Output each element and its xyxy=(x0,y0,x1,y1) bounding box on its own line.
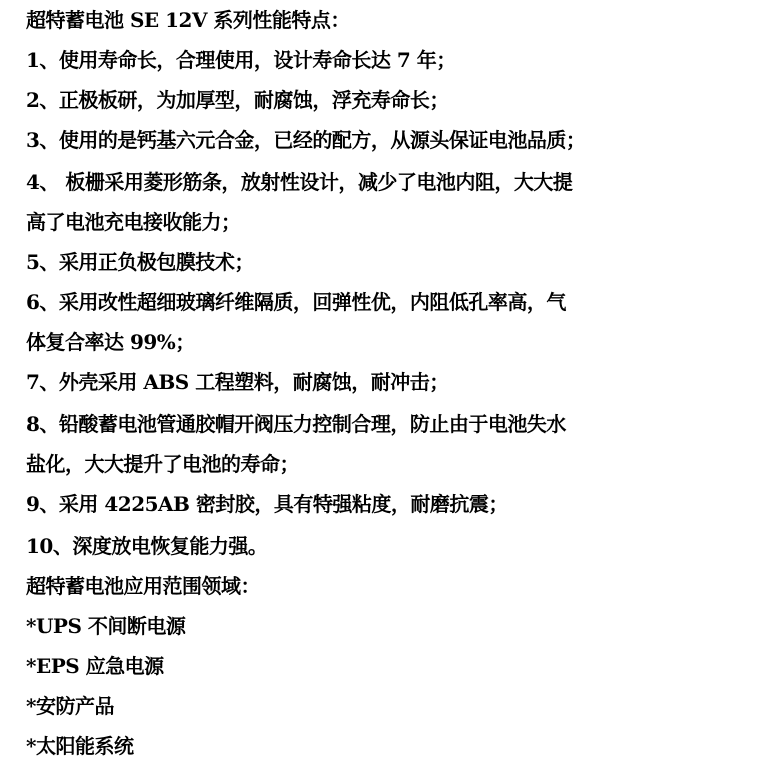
feature-item-7: 7、外壳采用 ABS 工程塑料，耐腐蚀，耐冲击； xyxy=(26,362,449,402)
feature-item-9: 9、采用 4225AB 密封胶，具有特强粘度，耐磨抗震； xyxy=(26,484,508,524)
application-item-solar: *太阳能系统 xyxy=(26,726,133,766)
feature-item-8-cont: 盐化，大大提升了电池的寿命； xyxy=(26,444,299,484)
feature-item-3: 3、使用的是钙基六元合金，已经的配方，从源头保证电池品质； xyxy=(26,120,585,160)
feature-item-2: 2、正极板研，为加厚型，耐腐蚀，浮充寿命长； xyxy=(26,80,449,120)
feature-item-1: 1、使用寿命长，合理使用，设计寿命长达 7 年； xyxy=(26,40,456,80)
application-item-ups: *UPS 不间断电源 xyxy=(26,606,185,646)
feature-item-6: 6、采用改性超细玻璃纤维隔质，回弹性优，内阻低孔率高，气 xyxy=(26,282,566,322)
features-heading: 超特蓄电池 SE 12V 系列性能特点： xyxy=(26,0,350,40)
feature-item-8: 8、铅酸蓄电池管通胶帽开阀压力控制合理，防止由于电池失水 xyxy=(26,404,566,444)
feature-item-4: 4、 板栅采用菱形筋条，放射性设计，减少了电池内阻，大大提 xyxy=(26,162,572,202)
feature-item-5: 5、采用正负极包膜技术； xyxy=(26,242,254,282)
application-item-security: *安防产品 xyxy=(26,686,114,726)
feature-item-10: 10、深度放电恢复能力强。 xyxy=(26,526,267,566)
applications-heading: 超特蓄电池应用范围领域： xyxy=(26,566,260,606)
feature-item-4-cont: 高了电池充电接收能力； xyxy=(26,202,241,242)
feature-item-6-cont: 体复合率达 99%； xyxy=(26,322,195,362)
application-item-eps: *EPS 应急电源 xyxy=(26,646,164,686)
